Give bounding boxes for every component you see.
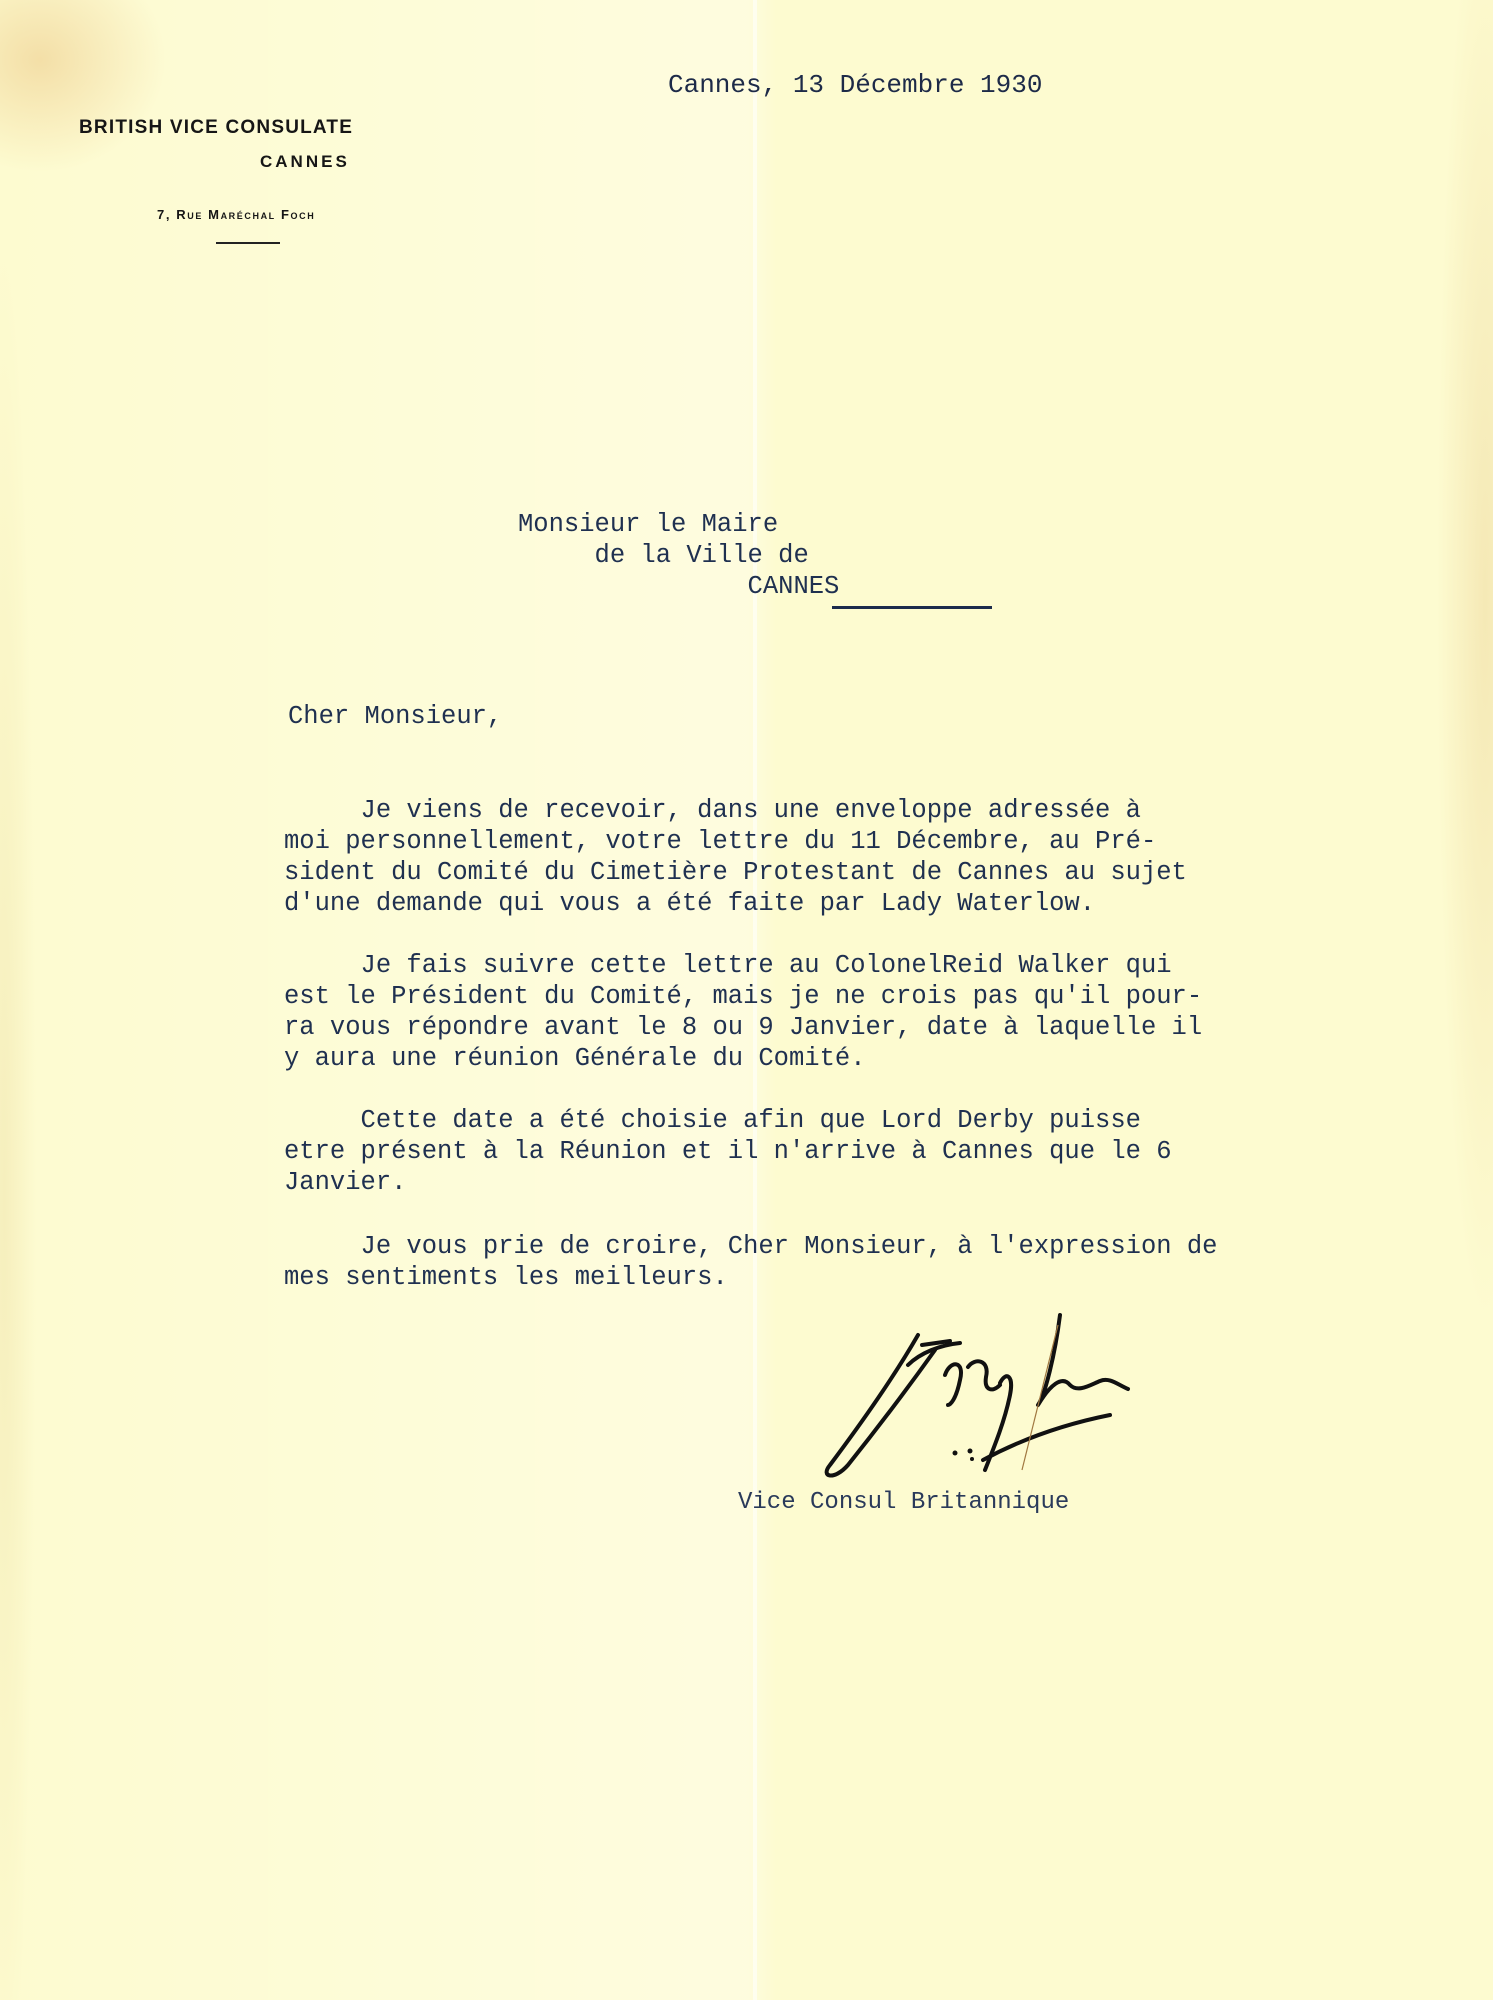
body-line: Je viens de recevoir, dans une enveloppe… (284, 796, 1141, 825)
body-line: Je vous prie de croire, Cher Monsieur, à… (284, 1232, 1217, 1261)
addressee-city-underline (832, 606, 992, 609)
body-line: est le Président du Comité, mais je ne c… (284, 982, 1202, 1011)
letterhead-address: 7, Rue Maréchal Foch (157, 207, 315, 222)
body-line: etre présent à la Réunion et il n'arrive… (284, 1137, 1172, 1166)
body-line: mes sentiments les meilleurs. (284, 1263, 728, 1292)
body-line: Je fais suivre cette lettre au ColonelRe… (284, 951, 1172, 980)
body-line: Janvier. (284, 1168, 406, 1197)
addressee-line: CANNES (518, 572, 839, 601)
letterhead-city: CANNES (260, 152, 350, 172)
body-paragraph: Je viens de recevoir, dans une enveloppe… (284, 795, 1187, 919)
handwritten-signature-icon (800, 1305, 1200, 1485)
addressee-block: Monsieur le Maire de la Ville de CANNES (518, 509, 839, 602)
body-line: y aura une réunion Générale du Comité. (284, 1044, 866, 1073)
salutation: Cher Monsieur, (288, 701, 502, 732)
letterhead-divider (216, 242, 280, 244)
body-paragraph: Je fais suivre cette lettre au ColonelRe… (284, 950, 1202, 1074)
closing-paragraph: Je vous prie de croire, Cher Monsieur, à… (284, 1231, 1217, 1293)
body-line: moi personnellement, votre lettre du 11 … (284, 827, 1156, 856)
body-paragraph: Cette date a été choisie afin que Lord D… (284, 1105, 1172, 1198)
addressee-line: Monsieur le Maire (518, 510, 778, 539)
body-line: d'une demande qui vous a été faite par L… (284, 889, 1095, 918)
addressee-line: de la Ville de (518, 541, 809, 570)
body-line: sident du Comité du Cimetière Protestant… (284, 858, 1187, 887)
signatory-title: Vice Consul Britannique (738, 1487, 1069, 1518)
body-line: Cette date a été choisie afin que Lord D… (284, 1106, 1141, 1135)
letterhead-organization: BRITISH VICE CONSULATE (79, 117, 419, 139)
body-line: ra vous répondre avant le 8 ou 9 Janvier… (284, 1013, 1202, 1042)
dateline: Cannes, 13 Décembre 1930 (668, 70, 1042, 101)
